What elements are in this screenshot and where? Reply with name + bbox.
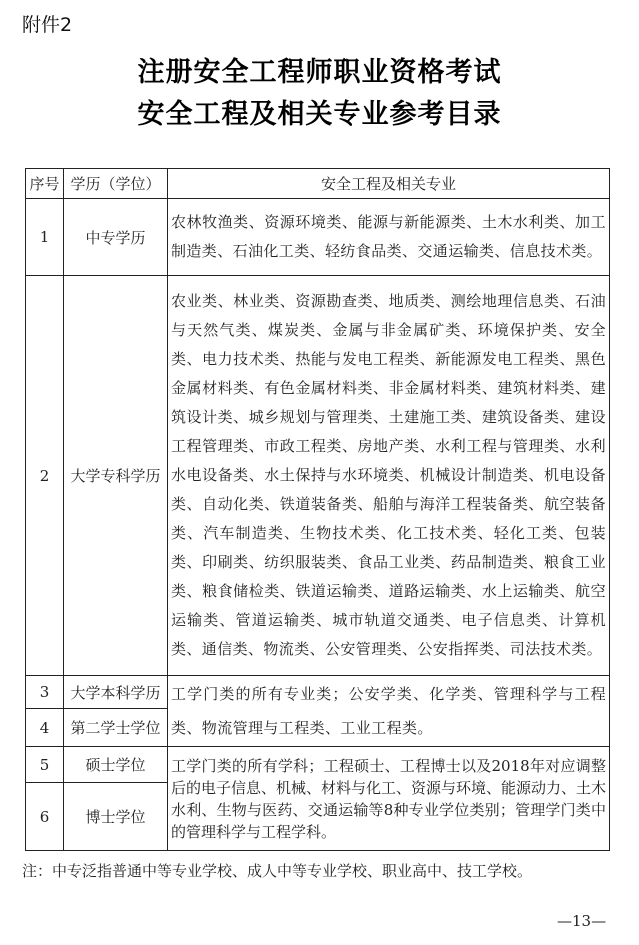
row-education: 大学本科学历	[64, 676, 168, 709]
header-education: 学历（学位）	[64, 169, 168, 199]
table-row: 2 大学专科学历 农业类、林业类、资源勘查类、地质类、测绘地理信息类、石油与天然…	[26, 276, 610, 676]
table-row: 1 中专学历 农林牧渔类、资源环境类、能源与新能源类、土木水利类、加工制造类、石…	[26, 199, 610, 276]
table-row: 3 大学本科学历 工学门类的所有专业类；公安学类、化学类、管理科学与工程类、物流…	[26, 676, 610, 709]
page-title-line-2: 安全工程及相关专业参考目录	[0, 92, 639, 131]
row-number: 5	[26, 747, 64, 783]
row-education: 硕士学位	[64, 747, 168, 783]
header-number: 序号	[26, 169, 64, 199]
page-number: —13—	[557, 912, 606, 930]
row-education: 中专学历	[64, 199, 168, 276]
row-number: 4	[26, 709, 64, 747]
attachment-label: 附件2	[22, 10, 72, 37]
row-education: 大学专科学历	[64, 276, 168, 676]
footnote: 注：中专泛指普通中等专业学校、成人中等专业学校、职业高中、技工学校。	[22, 860, 532, 881]
page-title-line-1: 注册安全工程师职业资格考试	[0, 50, 639, 89]
table-row: 5 硕士学位 工学门类的所有学科；工程硕士、工程博士以及2018年对应调整后的电…	[26, 747, 610, 783]
major-catalog-table: 序号 学历（学位） 安全工程及相关专业 1 中专学历 农林牧渔类、资源环境类、能…	[25, 168, 610, 851]
row-majors: 农林牧渔类、资源环境类、能源与新能源类、土木水利类、加工制造类、石油化工类、轻纺…	[168, 199, 610, 276]
table-header-row: 序号 学历（学位） 安全工程及相关专业	[26, 169, 610, 199]
header-majors: 安全工程及相关专业	[168, 169, 610, 199]
row-number: 6	[26, 783, 64, 851]
row-number: 1	[26, 199, 64, 276]
row-majors: 工学门类的所有学科；工程硕士、工程博士以及2018年对应调整后的电子信息、机械、…	[168, 747, 610, 851]
row-number: 2	[26, 276, 64, 676]
row-education: 第二学士学位	[64, 709, 168, 747]
row-education: 博士学位	[64, 783, 168, 851]
row-number: 3	[26, 676, 64, 709]
row-majors: 工学门类的所有专业类；公安学类、化学类、管理科学与工程类、物流管理与工程类、工业…	[168, 676, 610, 747]
row-majors: 农业类、林业类、资源勘查类、地质类、测绘地理信息类、石油与天然气类、煤炭类、金属…	[168, 276, 610, 676]
